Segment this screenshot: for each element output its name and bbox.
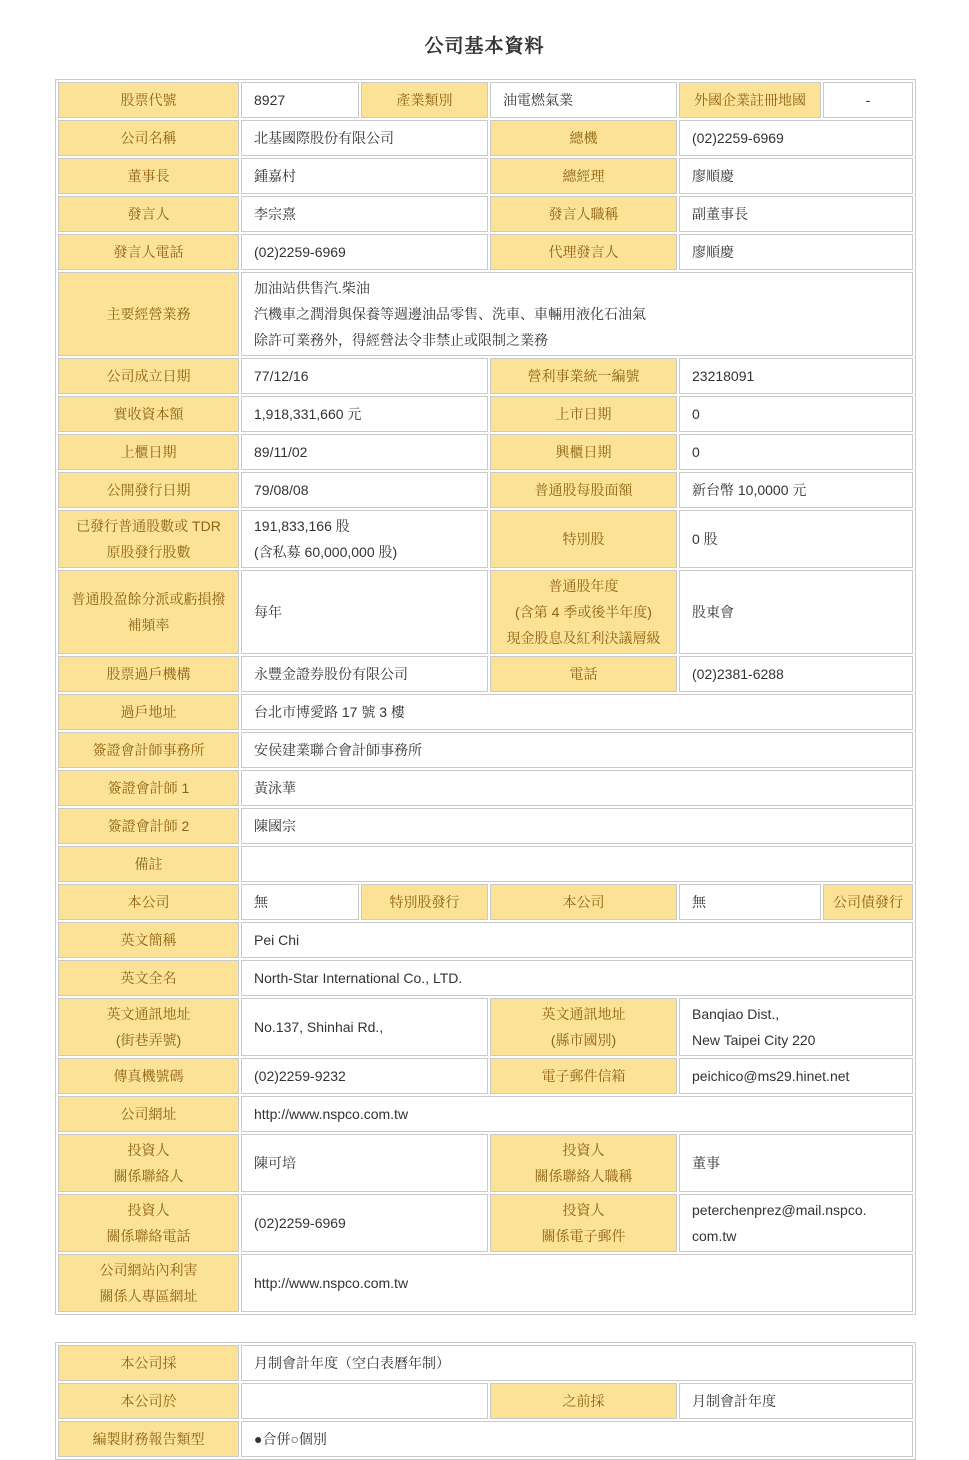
table-row: 本公司無特別股發行本公司無公司債發行 <box>58 884 913 920</box>
value-cell: 191,833,166 股(含私募 60,000,000 股) <box>241 510 488 568</box>
label-cell: 英文全名 <box>58 960 239 996</box>
company-info-table: 股票代號8927產業類別油電燃氣業外國企業註冊地國-公司名稱北基國際股份有限公司… <box>55 79 916 1315</box>
label-text: 普通股每股面額 <box>495 477 672 503</box>
value-text: New Taipei City 220 <box>692 1027 906 1053</box>
table-row: 上櫃日期89/11/02興櫃日期0 <box>58 434 913 470</box>
label-text: 備註 <box>63 851 234 877</box>
value-cell: http://www.nspco.com.tw <box>241 1254 913 1312</box>
value-text: http://www.nspco.com.tw <box>254 1270 906 1296</box>
label-cell: 股票代號 <box>58 82 239 118</box>
label-text: 外國企業註冊地國 <box>684 87 816 113</box>
fiscal-year-table-body: 本公司採月制會計年度（空白表曆年制）本公司於之前採月制會計年度編製財務報告類型●… <box>58 1345 913 1457</box>
label-cell: 股票過戶機構 <box>58 656 239 692</box>
label-cell: 上市日期 <box>490 396 677 432</box>
value-cell: 北基國際股份有限公司 <box>241 120 488 156</box>
table-row: 已發行普通股數或 TDR原股發行股數191,833,166 股(含私募 60,0… <box>58 510 913 568</box>
label-text: 興櫃日期 <box>495 439 672 465</box>
label-cell: 英文簡稱 <box>58 922 239 958</box>
value-text: 89/11/02 <box>254 439 481 465</box>
table-row: 公司名稱北基國際股份有限公司總機(02)2259-6969 <box>58 120 913 156</box>
value-cell: (02)2259-6969 <box>241 234 488 270</box>
value-cell: 無 <box>241 884 359 920</box>
label-cell: 已發行普通股數或 TDR原股發行股數 <box>58 510 239 568</box>
label-text: (街巷弄號) <box>63 1027 234 1053</box>
value-cell: peichico@ms29.hinet.net <box>679 1058 913 1094</box>
value-cell: 陳國宗 <box>241 808 913 844</box>
table-row: 備註 <box>58 846 913 882</box>
value-text: 股東會 <box>692 599 906 625</box>
label-text: (縣市國別) <box>495 1027 672 1053</box>
value-cell: 月制會計年度（空白表曆年制） <box>241 1345 913 1381</box>
value-cell: 8927 <box>241 82 359 118</box>
value-cell <box>241 846 913 882</box>
table-row: 普通股盈餘分派或虧損撥補頻率每年普通股年度(含第 4 季或後半年度)現金股息及紅… <box>58 570 913 654</box>
value-cell: 0 <box>679 434 913 470</box>
table-row: 實收資本額1,918,331,660 元上市日期0 <box>58 396 913 432</box>
table-row: 公司網址http://www.nspco.com.tw <box>58 1096 913 1132</box>
value-cell: 月制會計年度 <box>679 1383 913 1419</box>
page-title: 公司基本資料 <box>0 0 969 58</box>
label-text: 電子郵件信箱 <box>495 1063 672 1089</box>
value-text: 鍾嘉村 <box>254 163 481 189</box>
value-text <box>254 851 906 877</box>
value-text: (02)2259-6969 <box>254 239 481 265</box>
value-text: 除許可業務外，得經營法令非禁止或限制之業務 <box>254 327 906 353</box>
value-cell: 副董事長 <box>679 196 913 232</box>
value-cell: 0 <box>679 396 913 432</box>
table-gap <box>0 1315 969 1342</box>
label-cell: 總經理 <box>490 158 677 194</box>
value-text: 無 <box>692 889 814 915</box>
label-cell: 本公司採 <box>58 1345 239 1381</box>
label-text: 股票代號 <box>63 87 234 113</box>
label-text: 特別股 <box>495 526 672 552</box>
label-cell: 本公司 <box>58 884 239 920</box>
label-text: 產業類別 <box>366 87 483 113</box>
value-cell: 79/08/08 <box>241 472 488 508</box>
value-text: Pei Chi <box>254 927 906 953</box>
value-text: 廖順慶 <box>692 239 906 265</box>
value-text: (02)2259-6969 <box>254 1210 481 1236</box>
label-text: 英文通訊地址 <box>63 1001 234 1027</box>
table-row: 傳真機號碼(02)2259-9232電子郵件信箱peichico@ms29.hi… <box>58 1058 913 1094</box>
value-text: (02)2381-6288 <box>692 661 906 687</box>
label-text: 投資人 <box>495 1197 672 1223</box>
label-text: 簽證會計師 2 <box>63 813 234 839</box>
value-text: 油電燃氣業 <box>503 87 670 113</box>
value-cell: 股東會 <box>679 570 913 654</box>
label-cell: 投資人關係聯絡人 <box>58 1134 239 1192</box>
table-row: 本公司於之前採月制會計年度 <box>58 1383 913 1419</box>
label-text: 發言人職稱 <box>495 201 672 227</box>
value-cell: North-Star International Co., LTD. <box>241 960 913 996</box>
label-text: 上櫃日期 <box>63 439 234 465</box>
label-text: (含第 4 季或後半年度) <box>495 599 672 625</box>
value-cell: (02)2259-6969 <box>241 1194 488 1252</box>
value-cell: 董事 <box>679 1134 913 1192</box>
label-cell: 普通股盈餘分派或虧損撥補頻率 <box>58 570 239 654</box>
value-text: (02)2259-9232 <box>254 1063 481 1089</box>
value-cell: (02)2259-9232 <box>241 1058 488 1094</box>
label-cell: 本公司於 <box>58 1383 239 1419</box>
value-cell: 黃泳華 <box>241 770 913 806</box>
label-text: 簽證會計師 1 <box>63 775 234 801</box>
label-text: 主要經營業務 <box>63 301 234 327</box>
label-cell: 公司債發行 <box>823 884 913 920</box>
label-text: 投資人 <box>63 1197 234 1223</box>
label-cell: 主要經營業務 <box>58 272 239 356</box>
label-cell: 特別股發行 <box>361 884 488 920</box>
label-text: 股票過戶機構 <box>63 661 234 687</box>
label-text: 董事長 <box>63 163 234 189</box>
label-text: 實收資本額 <box>63 401 234 427</box>
value-text: 副董事長 <box>692 201 906 227</box>
value-text: 安侯建業聯合會計師事務所 <box>254 737 906 763</box>
value-cell: No.137, Shinhai Rd., <box>241 998 488 1056</box>
label-cell: 之前採 <box>490 1383 677 1419</box>
value-cell: 油電燃氣業 <box>490 82 677 118</box>
label-text: 投資人 <box>63 1137 234 1163</box>
table-row: 簽證會計師 2陳國宗 <box>58 808 913 844</box>
value-text: http://www.nspco.com.tw <box>254 1101 906 1127</box>
value-cell: 新台幣 10,0000 元 <box>679 472 913 508</box>
value-text: 廖順慶 <box>692 163 906 189</box>
label-text: 本公司於 <box>63 1388 234 1414</box>
value-cell: 永豐金證券股份有限公司 <box>241 656 488 692</box>
value-cell: 加油站供售汽.柴油汽機車之潤滑與保養等週邊油品零售、洗車、車輛用液化石油氣除許可… <box>241 272 913 356</box>
value-cell: 廖順慶 <box>679 158 913 194</box>
table-row: 主要經營業務加油站供售汽.柴油汽機車之潤滑與保養等週邊油品零售、洗車、車輛用液化… <box>58 272 913 356</box>
label-text: 關係電子郵件 <box>495 1223 672 1249</box>
label-cell: 營利事業統一編號 <box>490 358 677 394</box>
label-text: 原股發行股數 <box>63 539 234 565</box>
value-text: 黃泳華 <box>254 775 906 801</box>
value-cell: 李宗熹 <box>241 196 488 232</box>
label-text: 公司網站內利害 <box>63 1257 234 1283</box>
label-text: 營利事業統一編號 <box>495 363 672 389</box>
label-cell: 興櫃日期 <box>490 434 677 470</box>
value-text: 董事 <box>692 1150 906 1176</box>
value-text: 永豐金證券股份有限公司 <box>254 661 481 687</box>
value-cell: 1,918,331,660 元 <box>241 396 488 432</box>
label-text: 特別股發行 <box>366 889 483 915</box>
label-text: 本公司 <box>495 889 672 915</box>
label-text: 本公司 <box>63 889 234 915</box>
table-row: 董事長鍾嘉村總經理廖順慶 <box>58 158 913 194</box>
label-cell: 投資人關係聯絡人職稱 <box>490 1134 677 1192</box>
value-cell <box>241 1383 488 1419</box>
label-cell: 特別股 <box>490 510 677 568</box>
value-text: ●合併○個別 <box>254 1426 906 1452</box>
table-row: 編製財務報告類型●合併○個別 <box>58 1421 913 1457</box>
label-text: 公司成立日期 <box>63 363 234 389</box>
label-text: 上市日期 <box>495 401 672 427</box>
table-row: 公司成立日期77/12/16營利事業統一編號23218091 <box>58 358 913 394</box>
label-text: 發言人 <box>63 201 234 227</box>
label-cell: 本公司 <box>490 884 677 920</box>
label-cell: 簽證會計師 2 <box>58 808 239 844</box>
value-text: No.137, Shinhai Rd., <box>254 1014 481 1040</box>
label-cell: 備註 <box>58 846 239 882</box>
label-text: 關係聯絡電話 <box>63 1223 234 1249</box>
label-text: 關係聯絡人職稱 <box>495 1163 672 1189</box>
value-text: 8927 <box>254 87 352 113</box>
value-cell: 台北市博愛路 17 號 3 樓 <box>241 694 913 730</box>
table-row: 投資人關係聯絡人陳可培投資人關係聯絡人職稱董事 <box>58 1134 913 1192</box>
value-text: 北基國際股份有限公司 <box>254 125 481 151</box>
label-text: 代理發言人 <box>495 239 672 265</box>
value-text: (02)2259-6969 <box>692 125 906 151</box>
table-row: 簽證會計師 1黃泳華 <box>58 770 913 806</box>
label-cell: 編製財務報告類型 <box>58 1421 239 1457</box>
label-text: 公司名稱 <box>63 125 234 151</box>
value-text: 23218091 <box>692 363 906 389</box>
label-cell: 普通股年度(含第 4 季或後半年度)現金股息及紅利決議層級 <box>490 570 677 654</box>
label-text: 公司網址 <box>63 1101 234 1127</box>
label-cell: 英文通訊地址(街巷弄號) <box>58 998 239 1056</box>
table-row: 公開發行日期79/08/08普通股每股面額新台幣 10,0000 元 <box>58 472 913 508</box>
label-cell: 公開發行日期 <box>58 472 239 508</box>
value-cell: peterchenprez@mail.nspco.com.tw <box>679 1194 913 1252</box>
label-cell: 上櫃日期 <box>58 434 239 470</box>
value-text: 汽機車之潤滑與保養等週邊油品零售、洗車、車輛用液化石油氣 <box>254 301 906 327</box>
value-text: 李宗熹 <box>254 201 481 227</box>
value-text: 0 <box>692 401 906 427</box>
table-row: 股票過戶機構永豐金證券股份有限公司電話(02)2381-6288 <box>58 656 913 692</box>
value-text: 79/08/08 <box>254 477 481 503</box>
label-text: 電話 <box>495 661 672 687</box>
table-row: 發言人李宗熹發言人職稱副董事長 <box>58 196 913 232</box>
value-text: North-Star International Co., LTD. <box>254 965 906 991</box>
value-text: 新台幣 10,0000 元 <box>692 477 906 503</box>
value-cell: 每年 <box>241 570 488 654</box>
value-text: 191,833,166 股 <box>254 513 481 539</box>
label-cell: 董事長 <box>58 158 239 194</box>
value-cell: 0 股 <box>679 510 913 568</box>
label-text: 補頻率 <box>63 612 234 638</box>
label-text: 英文簡稱 <box>63 927 234 953</box>
value-text: 每年 <box>254 599 481 625</box>
label-text: 本公司採 <box>63 1350 234 1376</box>
label-cell: 產業類別 <box>361 82 488 118</box>
label-text: 發言人電話 <box>63 239 234 265</box>
value-cell: 安侯建業聯合會計師事務所 <box>241 732 913 768</box>
value-text: 0 <box>692 439 906 465</box>
label-cell: 投資人關係聯絡電話 <box>58 1194 239 1252</box>
label-text: 英文全名 <box>63 965 234 991</box>
label-text: 傳真機號碼 <box>63 1063 234 1089</box>
label-text: 普通股盈餘分派或虧損撥 <box>63 586 234 612</box>
label-cell: 投資人關係電子郵件 <box>490 1194 677 1252</box>
value-text: 月制會計年度 <box>692 1388 906 1414</box>
label-cell: 電話 <box>490 656 677 692</box>
label-text: 現金股息及紅利決議層級 <box>495 625 672 651</box>
label-cell: 普通股每股面額 <box>490 472 677 508</box>
value-text: - <box>828 87 908 113</box>
label-cell: 過戶地址 <box>58 694 239 730</box>
value-cell: 鍾嘉村 <box>241 158 488 194</box>
label-text: 簽證會計師事務所 <box>63 737 234 763</box>
label-text: 投資人 <box>495 1137 672 1163</box>
label-text: 英文通訊地址 <box>495 1001 672 1027</box>
label-cell: 實收資本額 <box>58 396 239 432</box>
label-cell: 總機 <box>490 120 677 156</box>
value-cell: Banqiao Dist.,New Taipei City 220 <box>679 998 913 1056</box>
value-text: 77/12/16 <box>254 363 481 389</box>
label-cell: 電子郵件信箱 <box>490 1058 677 1094</box>
label-text: 總經理 <box>495 163 672 189</box>
value-cell: 89/11/02 <box>241 434 488 470</box>
label-text: 公司債發行 <box>828 889 908 915</box>
label-text: 已發行普通股數或 TDR <box>63 513 234 539</box>
table-row: 投資人關係聯絡電話(02)2259-6969投資人關係電子郵件peterchen… <box>58 1194 913 1252</box>
value-cell: http://www.nspco.com.tw <box>241 1096 913 1132</box>
value-text: 陳國宗 <box>254 813 906 839</box>
value-cell: (02)2381-6288 <box>679 656 913 692</box>
table-row: 英文簡稱Pei Chi <box>58 922 913 958</box>
value-cell: (02)2259-6969 <box>679 120 913 156</box>
value-text: 無 <box>254 889 352 915</box>
label-text: 總機 <box>495 125 672 151</box>
value-cell: 77/12/16 <box>241 358 488 394</box>
label-cell: 代理發言人 <box>490 234 677 270</box>
table-row: 過戶地址台北市博愛路 17 號 3 樓 <box>58 694 913 730</box>
value-text: peichico@ms29.hinet.net <box>692 1063 906 1089</box>
label-cell: 發言人 <box>58 196 239 232</box>
table-row: 簽證會計師事務所安侯建業聯合會計師事務所 <box>58 732 913 768</box>
value-text: com.tw <box>692 1223 906 1249</box>
value-text: 台北市博愛路 17 號 3 樓 <box>254 699 906 725</box>
value-cell: 無 <box>679 884 821 920</box>
value-cell: - <box>823 82 913 118</box>
value-cell: Pei Chi <box>241 922 913 958</box>
label-cell: 傳真機號碼 <box>58 1058 239 1094</box>
label-text: 關係聯絡人 <box>63 1163 234 1189</box>
value-cell: 23218091 <box>679 358 913 394</box>
value-text: 0 股 <box>692 526 906 552</box>
label-cell: 發言人電話 <box>58 234 239 270</box>
table-row: 英文通訊地址(街巷弄號)No.137, Shinhai Rd.,英文通訊地址(縣… <box>58 998 913 1056</box>
table-row: 英文全名North-Star International Co., LTD. <box>58 960 913 996</box>
label-cell: 簽證會計師 1 <box>58 770 239 806</box>
label-text: 關係人專區網址 <box>63 1283 234 1309</box>
value-text <box>254 1388 481 1414</box>
value-cell: 陳可培 <box>241 1134 488 1192</box>
value-text: (含私募 60,000,000 股) <box>254 539 481 565</box>
value-text: 陳可培 <box>254 1150 481 1176</box>
label-cell: 公司網址 <box>58 1096 239 1132</box>
value-text: 月制會計年度（空白表曆年制） <box>254 1350 906 1376</box>
table-row: 股票代號8927產業類別油電燃氣業外國企業註冊地國- <box>58 82 913 118</box>
company-info-table-body: 股票代號8927產業類別油電燃氣業外國企業註冊地國-公司名稱北基國際股份有限公司… <box>58 82 913 1312</box>
fiscal-year-table: 本公司採月制會計年度（空白表曆年制）本公司於之前採月制會計年度編製財務報告類型●… <box>55 1342 916 1460</box>
label-cell: 簽證會計師事務所 <box>58 732 239 768</box>
value-text: Banqiao Dist., <box>692 1001 906 1027</box>
label-text: 公開發行日期 <box>63 477 234 503</box>
table-row: 本公司採月制會計年度（空白表曆年制） <box>58 1345 913 1381</box>
value-text: peterchenprez@mail.nspco. <box>692 1197 906 1223</box>
label-text: 過戶地址 <box>63 699 234 725</box>
label-text: 編製財務報告類型 <box>63 1426 234 1452</box>
value-text: 1,918,331,660 元 <box>254 401 481 427</box>
table-row: 發言人電話(02)2259-6969代理發言人廖順慶 <box>58 234 913 270</box>
label-cell: 外國企業註冊地國 <box>679 82 821 118</box>
label-cell: 公司成立日期 <box>58 358 239 394</box>
label-cell: 公司網站內利害關係人專區網址 <box>58 1254 239 1312</box>
label-text: 普通股年度 <box>495 573 672 599</box>
label-cell: 發言人職稱 <box>490 196 677 232</box>
value-cell: ●合併○個別 <box>241 1421 913 1457</box>
label-cell: 公司名稱 <box>58 120 239 156</box>
label-text: 之前採 <box>495 1388 672 1414</box>
table-row: 公司網站內利害關係人專區網址http://www.nspco.com.tw <box>58 1254 913 1312</box>
label-cell: 英文通訊地址(縣市國別) <box>490 998 677 1056</box>
value-cell: 廖順慶 <box>679 234 913 270</box>
value-text: 加油站供售汽.柴油 <box>254 275 906 301</box>
company-basic-info-page: 公司基本資料 股票代號8927產業類別油電燃氣業外國企業註冊地國-公司名稱北基國… <box>0 0 969 1460</box>
